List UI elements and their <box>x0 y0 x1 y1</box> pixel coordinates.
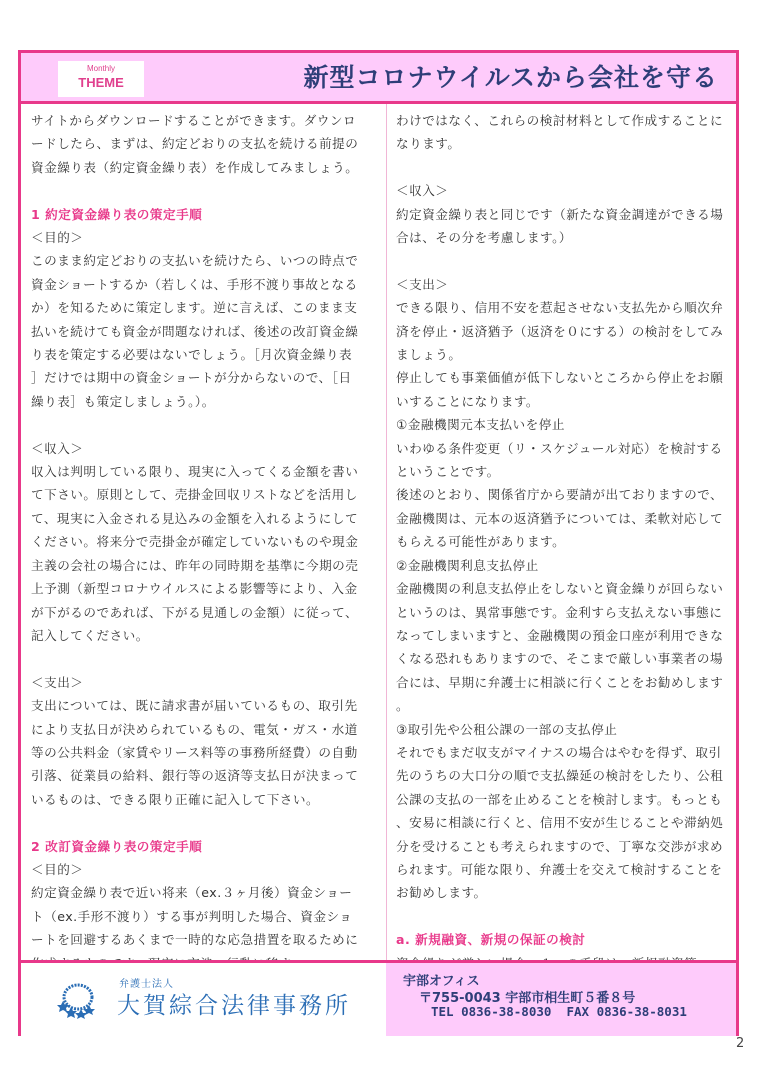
text-line: 済を停止・返済猶予（返済を０にする）の検討をしてみ <box>396 320 728 343</box>
section-heading: 2 改訂資金繰り表の策定手順 <box>31 835 378 858</box>
text-line: 上予測（新型コロナウイルスによる影響等により、入金 <box>31 577 378 600</box>
text-line: 、安易に相談に行くと、信用不安が生じることや滞納処 <box>396 811 728 834</box>
right-column: わけではなく、これらの検討材料として作成することに なります。 ＜収入＞ 約定資… <box>386 104 736 960</box>
text-line: 先のうちの大口分の順で支払繰延の検討をしたり、公租 <box>396 764 728 787</box>
text-line: 。 <box>396 694 728 717</box>
text-line: ードしたら、まずは、約定どおりの支払を続ける前提の <box>31 132 378 155</box>
text-line: わけではなく、これらの検討材料として作成することに <box>396 109 728 132</box>
footer-band: 弁護士法人 大賀綜合法律事務所 宇部オフィス 〒755-0043 宇部市相生町５… <box>21 960 736 1036</box>
section-heading: 1 約定資金繰り表の策定手順 <box>31 203 378 226</box>
text-line: 引落、従業員の給料、銀行等の返済等支払日が決まって <box>31 764 378 787</box>
text-line: それでもまだ収支がマイナスの場合はやむを得ず、取引 <box>396 741 728 764</box>
text-line: サイトからダウンロードすることができます。ダウンロ <box>31 109 378 132</box>
text-line: ］だけでは期中の資金ショートが分からないので、［日 <box>31 366 378 389</box>
text-line: 約定資金繰り表で近い将来（ex.３ヶ月後）資金ショー <box>31 881 378 904</box>
text-line: いるものは、できる限り正確に記入して下さい。 <box>31 788 378 811</box>
item-title: ①金融機関元本支払いを停止 <box>396 413 728 436</box>
firm-name: 大賀綜合法律事務所 <box>117 987 351 1020</box>
text-line: ートを回避するあくまで一時的な応急措置を取るために <box>31 928 378 951</box>
text-line: お勧めします。 <box>396 881 728 904</box>
text-line: 主義の会社の場合には、昨年の同時期を基準に今期の売 <box>31 554 378 577</box>
item-title: ③取引先や公租公課の一部の支払停止 <box>396 718 728 741</box>
text-line: 記入してください。 <box>31 624 378 647</box>
office-contact: TEL 0836-38-8030 FAX 0836-38-8031 <box>431 1004 687 1019</box>
text-line: 停止しても事業価値が低下しないところから停止をお願 <box>396 366 728 389</box>
newsletter-frame: Monthly THEME 新型コロナウイルスから会社を守る サイトからダウンロ… <box>18 50 739 1036</box>
text-line: 分を受けることも考えられますので、丁寧な交渉が求め <box>396 835 728 858</box>
item-title: ②金融機関利息支払停止 <box>396 554 728 577</box>
text-line: このまま約定どおりの支払いを続けたら、いつの時点で <box>31 249 378 272</box>
text-line: 公課の支払の一部を止めることを検討します。もっとも <box>396 788 728 811</box>
text-line: 支出については、既に請求書が届いているもの、取引先 <box>31 694 378 717</box>
text-line: て下さい。原則として、売掛金回収リストなどを活用し <box>31 483 378 506</box>
text-line: 金融機関は、元本の返済猶予については、柔軟対応して <box>396 507 728 530</box>
text-line: 払いを続けても資金が問題なければ、後述の改訂資金繰 <box>31 320 378 343</box>
theme-big-label: THEME <box>58 74 144 92</box>
text-line: か）を知るために策定します。逆に言えば、このまま支 <box>31 296 378 319</box>
left-column: サイトからダウンロードすることができます。ダウンロ ードしたら、まずは、約定どお… <box>21 104 386 960</box>
sub-label: ＜支出＞ <box>31 671 378 694</box>
section-heading: a. 新規融資、新規の保証の検討 <box>396 928 728 951</box>
text-line: もらえる可能性があります。 <box>396 530 728 553</box>
text-line: いすることになります。 <box>396 390 728 413</box>
monthly-theme-badge: Monthly THEME <box>58 61 144 97</box>
text-line: なってしまいますと、金融機関の預金口座が利用できな <box>396 624 728 647</box>
article-body: サイトからダウンロードすることができます。ダウンロ ードしたら、まずは、約定どお… <box>21 104 736 960</box>
text-line: り表を策定する必要はないでしょう。［月次資金繰り表 <box>31 343 378 366</box>
text-line: くなる恐れもありますので、そこまで厳しい事業者の場 <box>396 647 728 670</box>
text-line: 繰り表］も策定しましょう。）。 <box>31 390 378 413</box>
header-band: Monthly THEME 新型コロナウイルスから会社を守る <box>21 53 736 104</box>
page-title: 新型コロナウイルスから会社を守る <box>303 57 718 99</box>
text-line: られます。可能な限り、弁護士を交えて検討することを <box>396 858 728 881</box>
text-line: できる限り、信用不安を惹起させない支払先から順次弁 <box>396 296 728 319</box>
sub-label: ＜収入＞ <box>31 437 378 460</box>
text-line: 収入は判明している限り、現実に入ってくる金額を書い <box>31 460 378 483</box>
sub-label: ＜目的＞ <box>31 226 378 249</box>
text-line: て、現実に入金される見込みの金額を入れるようにして <box>31 507 378 530</box>
text-line: というのは、異常事態です。金利すら支払えない事態に <box>396 601 728 624</box>
text-line: が下がるのであれば、下がる見通しの金額）に従って、 <box>31 601 378 624</box>
sub-label: ＜支出＞ <box>396 273 728 296</box>
star-wreath-logo-icon <box>57 979 97 1019</box>
text-line: 資金ショートするか（若しくは、手形不渡り事故となる <box>31 273 378 296</box>
text-line: ト（ex.手形不渡り）する事が判明した場合、資金ショ <box>31 905 378 928</box>
sub-label: ＜収入＞ <box>396 179 728 202</box>
text-line: 金融機関の利息支払停止をしないと資金繰りが回らない <box>396 577 728 600</box>
text-line: なります。 <box>396 132 728 155</box>
text-line: 等の公共料金（家賃やリース料等の事務所経費）の自動 <box>31 741 378 764</box>
office-info: 宇部オフィス 〒755-0043 宇部市相生町５番８号 TEL 0836-38-… <box>386 963 736 1036</box>
page-number: 2 <box>736 1036 744 1051</box>
text-line: 後述のとおり、関係省庁から要請が出ておりますので、 <box>396 483 728 506</box>
text-line: 資金繰り表（約定資金繰り表）を作成してみましょう。 <box>31 156 378 179</box>
text-line: 合は、その分を考慮します。） <box>396 226 728 249</box>
theme-small-label: Monthly <box>58 64 144 74</box>
text-line: ということです。 <box>396 460 728 483</box>
firm-logo-area: 弁護士法人 大賀綜合法律事務所 <box>21 963 386 1036</box>
sub-label: ＜目的＞ <box>31 858 378 881</box>
text-line: により支払日が決められているもの、電気・ガス・水道 <box>31 718 378 741</box>
text-line: ましょう。 <box>396 343 728 366</box>
text-line: 約定資金繰り表と同じです（新たな資金調達ができる場 <box>396 203 728 226</box>
text-line: 合には、早期に弁護士に相談に行くことをお勧めします <box>396 671 728 694</box>
text-line: いわゆる条件変更（リ・スケジュール対応）を検討する <box>396 437 728 460</box>
text-line: ください。将来分で売掛金が確定していないものや現金 <box>31 530 378 553</box>
